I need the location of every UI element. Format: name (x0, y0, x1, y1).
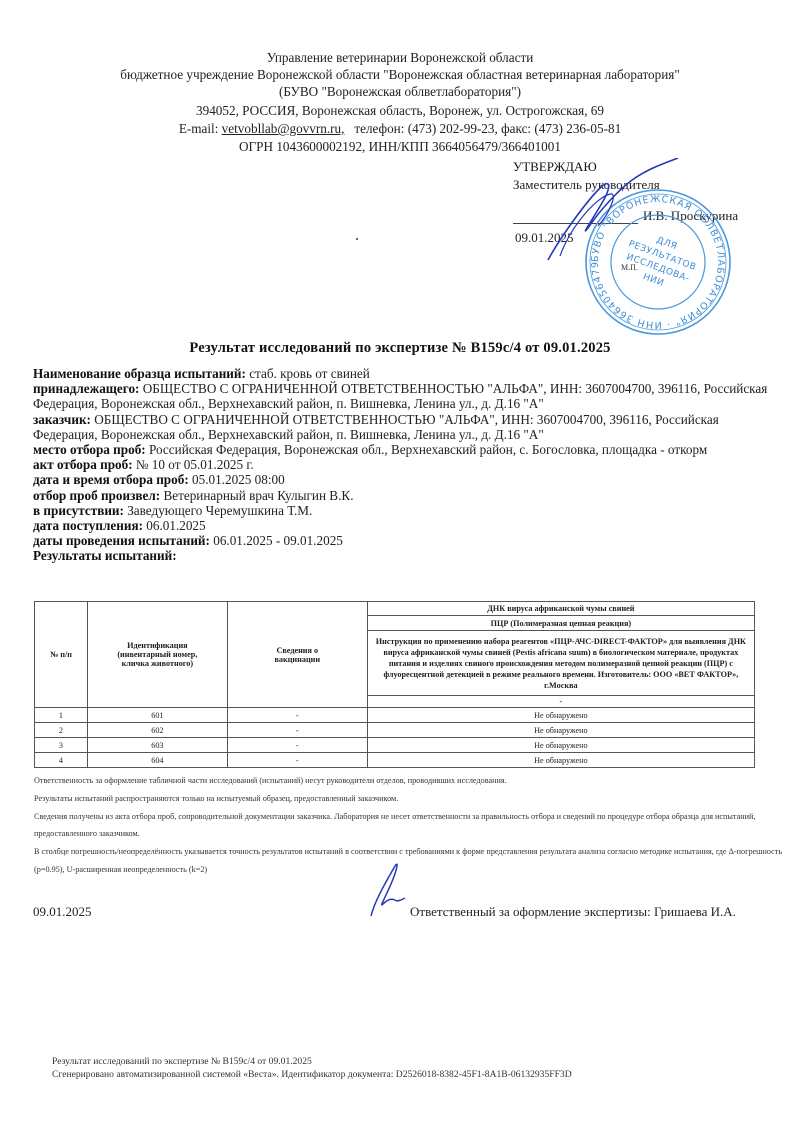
document-title: Результат исследований по экспертизе № B… (0, 340, 800, 357)
field-test-dates: даты проведения испытаний: 06.01.2025 - … (33, 533, 773, 548)
col-header-method: ПЦР (Полимеразная цепная реакция) (367, 616, 754, 631)
col-header-identification: Идентификация (инвентарный номер, кличка… (87, 602, 227, 708)
page-footer: Результат исследований по экспертизе № B… (52, 1055, 572, 1081)
email-label: E-mail: (179, 121, 219, 136)
col-header-vaccination: Сведения о вакцинации (227, 602, 367, 708)
table-row: 3 603 - Не обнаружено (35, 738, 755, 753)
approver-signature-icon (540, 158, 690, 268)
field-customer: заказчик: ОБЩЕСТВО С ОГРАНИЧЕННОЙ ОТВЕТС… (33, 412, 773, 442)
table-row: 1 601 - Не обнаружено (35, 708, 755, 723)
responsible-person: Ответственный за оформление экспертизы: … (410, 904, 736, 920)
field-sampling-place: место отбора проб: Российская Федерация,… (33, 442, 773, 457)
org-address: 394052, РОССИЯ, Воронежская область, Вор… (0, 103, 800, 119)
org-parent: Управление ветеринарии Воронежской облас… (0, 50, 800, 66)
field-sampled-by: отбор проб произвел: Ветеринарный врач К… (33, 488, 773, 503)
field-sampling-datetime: дата и время отбора проб: 05.01.2025 08:… (33, 472, 773, 487)
org-registration: ОГРН 1043600002192, ИНН/КПП 3664056479/3… (0, 139, 800, 155)
col-header-group: ДНК вируса африканской чумы свиней (367, 602, 754, 616)
footer-doc-ref: Результат исследований по экспертизе № B… (52, 1055, 572, 1068)
note-source: Сведения получены из акта отбора проб, с… (34, 808, 794, 844)
field-owner: принадлежащего: ОБЩЕСТВО С ОГРАНИЧЕННОЙ … (33, 381, 773, 411)
col-header-instruction: Инструкция по применению набора реагенто… (367, 631, 754, 696)
org-name: бюджетное учреждение Воронежской области… (0, 67, 800, 83)
responsible-signature-icon (365, 860, 415, 920)
sample-details: Наименование образца испытаний: стаб. кр… (33, 366, 773, 564)
col-header-number: № п/п (35, 602, 88, 708)
org-contacts: E-mail: vetvobllab@govvrn.ru, телефон: (… (0, 121, 800, 137)
note-responsibility: Ответственность за оформление табличной … (34, 772, 794, 790)
email-link[interactable]: vetvobllab@govvrn.ru, (222, 121, 345, 136)
field-in-presence: в присутствии: Заведующего Черемушкина Т… (33, 503, 773, 518)
table-row: 2 602 - Не обнаружено (35, 723, 755, 738)
field-sample-name: Наименование образца испытаний: стаб. кр… (33, 366, 773, 381)
signoff-date: 09.01.2025 (33, 904, 92, 920)
field-sampling-act: акт отбора проб: № 10 от 05.01.2025 г. (33, 457, 773, 472)
table-row: 4 604 - Не обнаружено (35, 753, 755, 768)
org-short-name: (БУВО "Воронежская облветлаборатория") (0, 84, 800, 100)
results-table: № п/п Идентификация (инвентарный номер, … (34, 601, 755, 768)
phone-fax: телефон: (473) 202-99-23, факс: (473) 23… (354, 121, 621, 136)
field-receipt-date: дата поступления: 06.01.2025 (33, 518, 773, 533)
scan-dot (356, 238, 358, 240)
col-header-unit: - (367, 696, 754, 708)
field-results-heading: Результаты испытаний: (33, 548, 773, 563)
note-scope: Результаты испытаний распространяются то… (34, 790, 794, 808)
footer-doc-id: Сгенерировано автоматизированной системо… (52, 1068, 572, 1081)
